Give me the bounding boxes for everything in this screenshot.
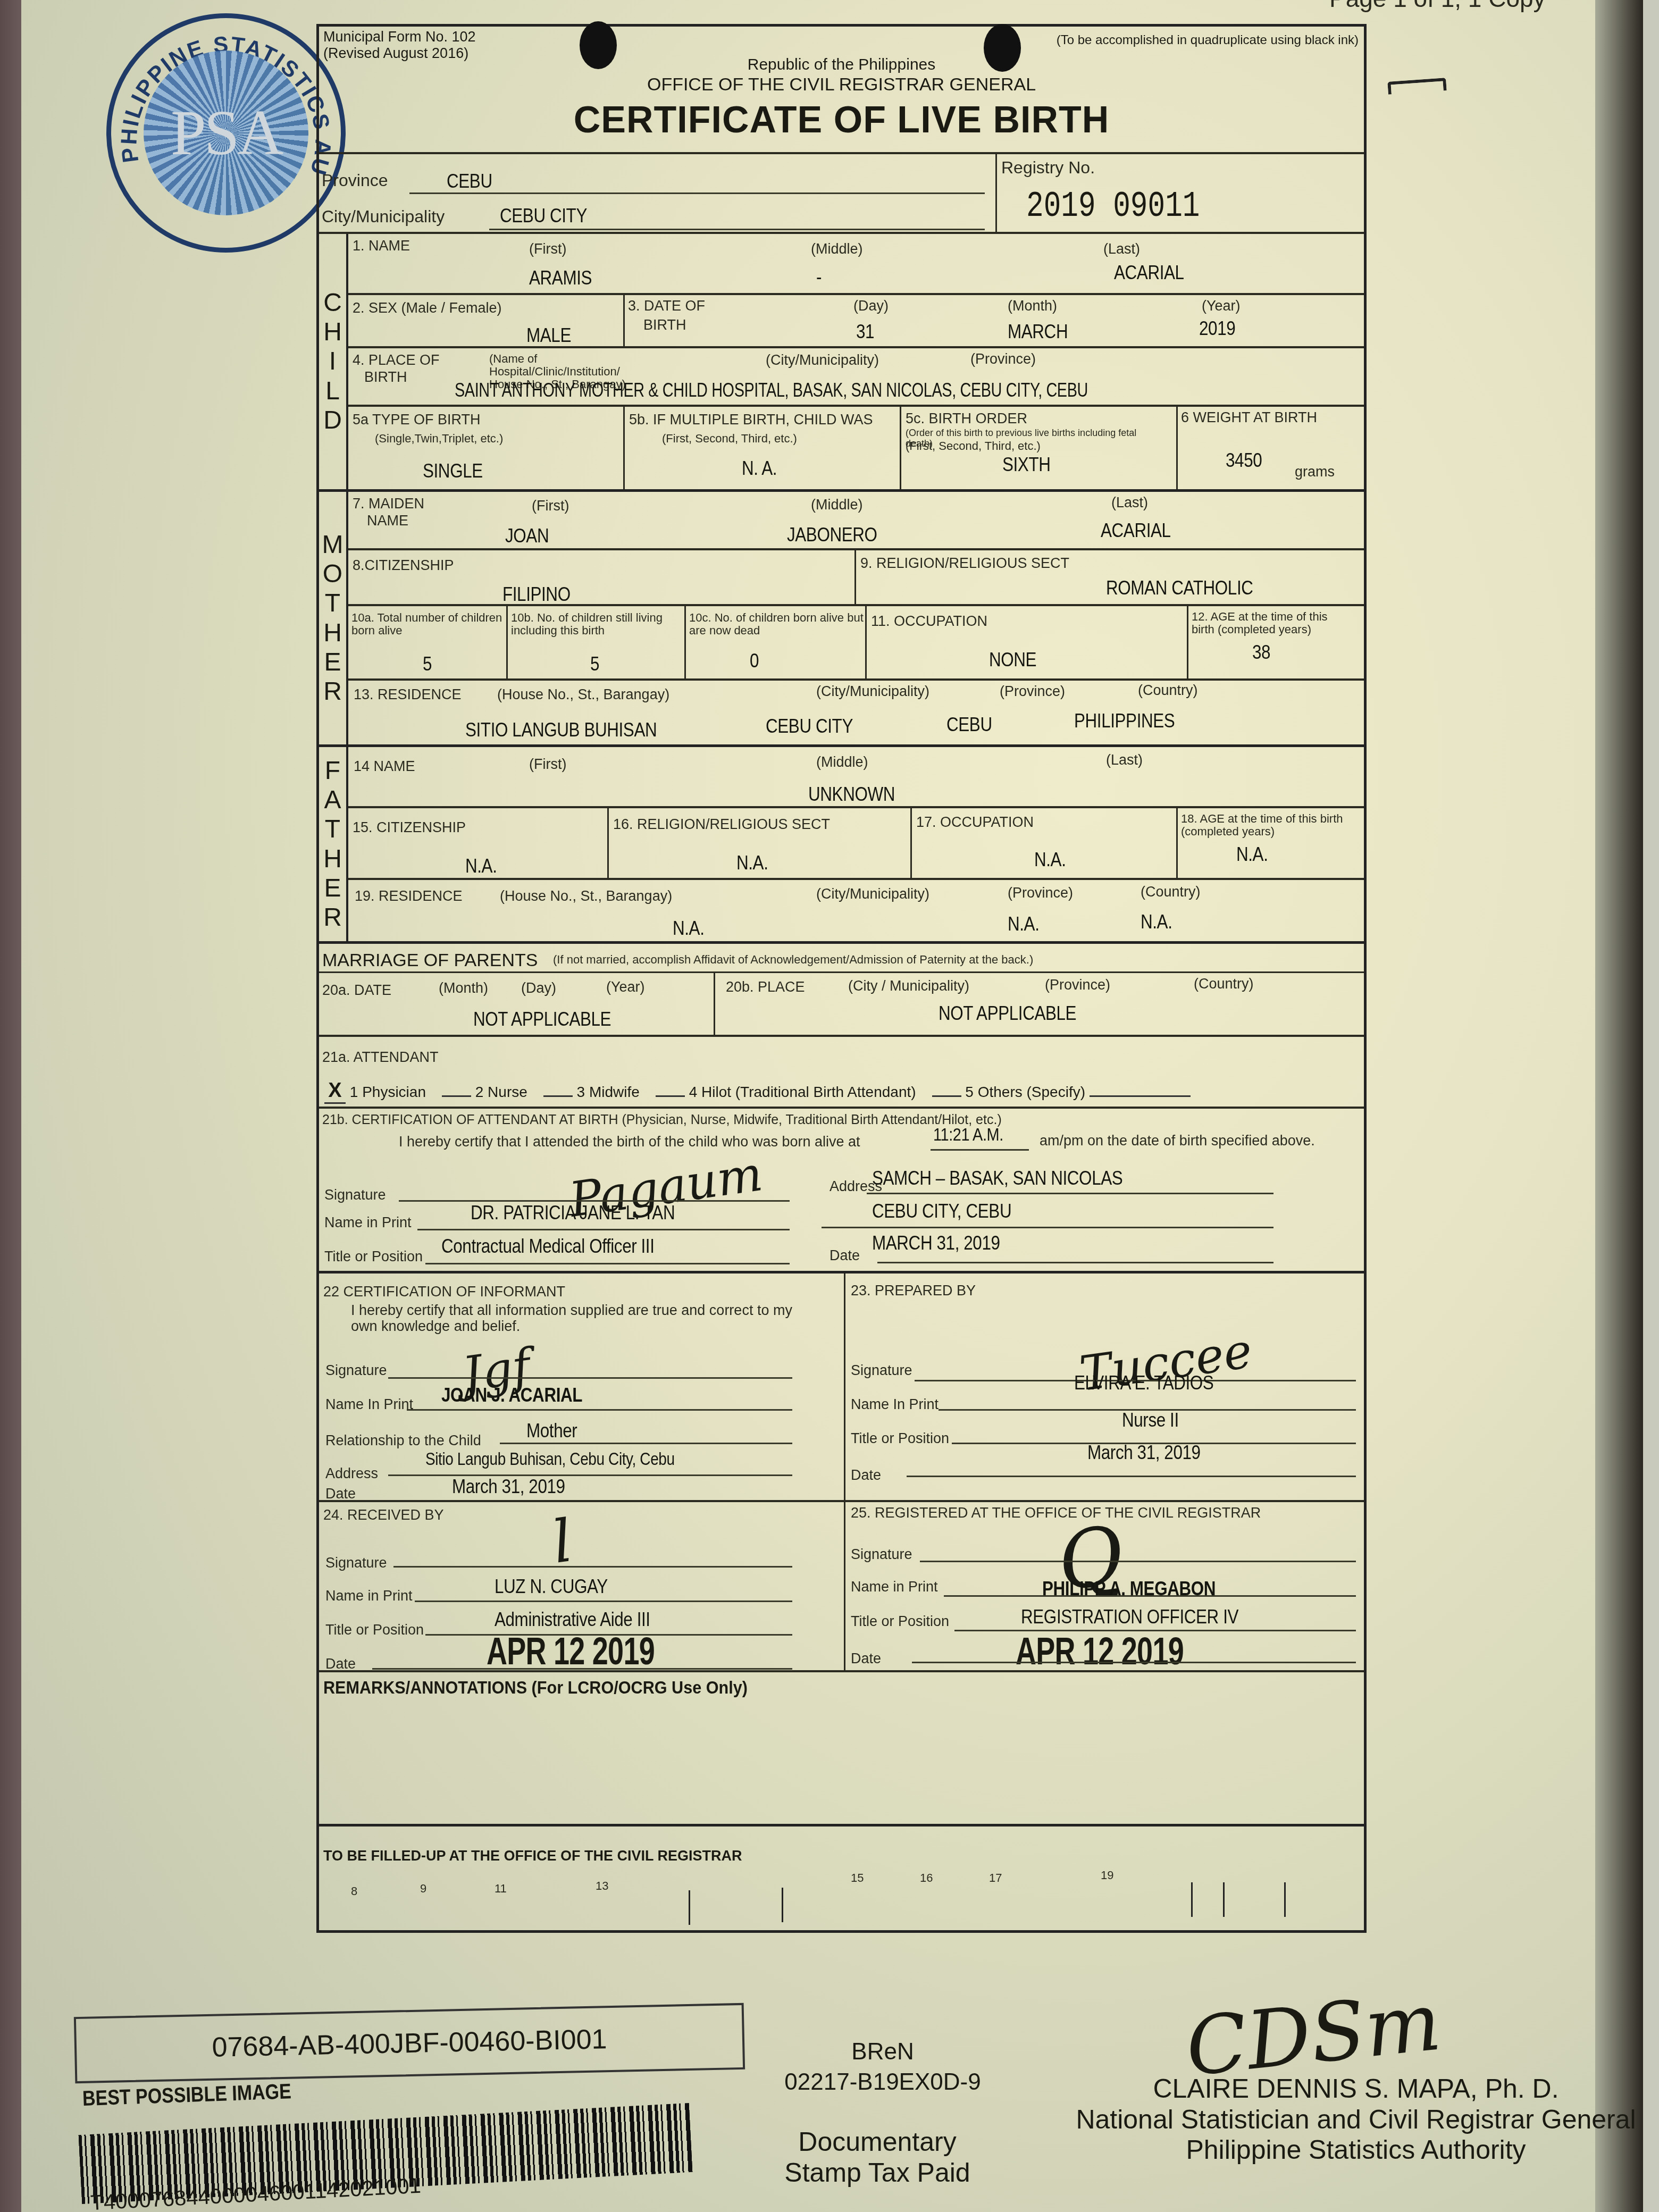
marriage-place: NOT APPLICABLE — [939, 1002, 1076, 1025]
marriage-row: 20a. DATE (Month) (Day) (Year) NOT APPLI… — [319, 973, 1364, 1037]
birth-certificate-form: Municipal Form No. 102 (Revised August 2… — [316, 24, 1367, 1933]
signatory-block: CLAIRE DENNIS S. MAPA, Ph. D. National S… — [1074, 2074, 1638, 2166]
mother-religion: ROMAN CATHOLIC — [1106, 577, 1253, 599]
mother-last-name: ACARIAL — [1101, 520, 1171, 542]
birth-month: MARCH — [1008, 321, 1068, 343]
attendant-row: 21a. ATTENDANT X 1 Physician 2 Nurse 3 M… — [319, 1037, 1364, 1109]
registered-date-stamp: APR 12 2019 — [1016, 1630, 1184, 1673]
child-pob-row: 4. PLACE OF BIRTH (Name of Hospital/Clin… — [348, 348, 1364, 407]
father-occupation: N.A. — [1034, 849, 1066, 871]
received-date-stamp: APR 12 2019 — [487, 1630, 655, 1673]
page-note: Page 1 of 1, 1 Copy — [1329, 0, 1546, 13]
registrar-use-label: TO BE FILLED-UP AT THE OFFICE OF THE CIV… — [323, 1848, 742, 1864]
document-footer: 07684-AB-400JBF-00460-BI001 BEST POSSIBL… — [21, 1967, 1643, 2212]
children-born-alive: 5 — [423, 653, 432, 675]
birth-weight: 3450 — [1226, 449, 1262, 472]
child-sex: MALE — [526, 324, 571, 347]
province-value: CEBU — [447, 170, 492, 192]
attendant-date: MARCH 31, 2019 — [872, 1232, 1000, 1254]
mother-residence-address: SITIO LANGUB BUHISAN — [465, 719, 657, 741]
birth-time: 11:21 A.M. — [933, 1125, 1003, 1145]
document-paper: Page 1 of 1, 1 Copy PHILIPPINE STATISTIC… — [21, 0, 1643, 2212]
attendant-certification: 21b. CERTIFICATION OF ATTENDANT AT BIRTH… — [319, 1109, 1364, 1273]
attendant-address-line1: SAMCH – BASAK, SAN NICOLAS — [872, 1167, 1122, 1189]
father-residence-country: N.A. — [1141, 911, 1172, 933]
father-details-row: 15. CITIZENSHIP N.A. 16. RELIGION/RELIGI… — [348, 808, 1364, 880]
mother-section: MOTHER 7. MAIDEN NAME (First) (Middle) (… — [319, 492, 1364, 747]
marriage-header-row: MARRIAGE OF PARENTS (If not married, acc… — [319, 944, 1364, 973]
children-dead: 0 — [750, 650, 759, 672]
bren-block: BReN 02217-B19EX0D-9 — [776, 2037, 989, 2097]
father-age: N.A. — [1236, 843, 1268, 866]
mother-citizenship-row: 8.CITIZENSHIP FILIPINO 9. RELIGION/RELIG… — [348, 550, 1364, 606]
birth-type: SINGLE — [423, 460, 483, 482]
attendant-title: Contractual Medical Officer III — [441, 1235, 655, 1258]
father-name: UNKNOWN — [808, 783, 895, 806]
child-birth-details-row: 5a TYPE OF BIRTH (Single,Twin,Triplet, e… — [348, 407, 1364, 489]
attendant-option-midwife[interactable]: 3 Midwife — [543, 1084, 640, 1101]
preparer-title: Nurse II — [1122, 1409, 1179, 1431]
father-religion: N.A. — [736, 852, 768, 874]
psa-seal: PHILIPPINE STATISTICS AUTHORITY PSA — [106, 13, 346, 253]
city-value: CEBU CITY — [500, 205, 587, 227]
attendant-option-physician[interactable]: X 1 Physician — [324, 1079, 426, 1104]
signatory-name: CLAIRE DENNIS S. MAPA, Ph. D. — [1074, 2074, 1638, 2105]
multiple-birth-order: N. A. — [742, 457, 777, 480]
registrar-title: REGISTRATION OFFICER IV — [1021, 1606, 1238, 1628]
attendant-option-nurse[interactable]: 2 Nurse — [442, 1084, 527, 1101]
registry-number: 2019 09011 — [1026, 186, 1200, 227]
control-number: 07684-AB-400JBF-00460-BI001 — [74, 2003, 745, 2083]
location-row: Province CEBU City/Municipality CEBU CIT… — [319, 154, 1364, 234]
marriage-date: NOT APPLICABLE — [473, 1008, 611, 1030]
birth-day: 31 — [856, 321, 874, 343]
father-citizenship: N.A. — [465, 855, 497, 877]
attendant-option-others[interactable]: 5 Others (Specify) — [932, 1084, 1191, 1101]
republic-line: Republic of the Philippines — [319, 56, 1364, 74]
informant-preparer-row: 22 CERTIFICATION OF INFORMANT I hereby c… — [319, 1273, 1364, 1502]
mother-citizenship: FILIPINO — [502, 583, 571, 606]
form-instruction-note: (To be accomplished in quadruplicate usi… — [1057, 33, 1359, 48]
mother-middle-name: JABONERO — [787, 524, 877, 546]
father-name-row: 14 NAME (First) (Middle) (Last) UNKNOWN — [348, 747, 1364, 808]
bren-number: 02217-B19EX0D-9 — [776, 2067, 989, 2097]
staple-icon — [1387, 78, 1446, 95]
father-section: FATHER 14 NAME (First) (Middle) (Last) U… — [319, 747, 1364, 944]
marriage-title: MARRIAGE OF PARENTS — [322, 950, 538, 971]
best-possible-image-label: BEST POSSIBLE IMAGE — [82, 2080, 291, 2111]
father-residence-row: 19. RESIDENCE (House No., St., Barangay)… — [348, 880, 1364, 941]
children-living: 5 — [590, 653, 599, 675]
child-last-name: ACARIAL — [1114, 262, 1184, 284]
signatory-org: Philippine Statistics Authority — [1074, 2135, 1638, 2166]
preparer-date: March 31, 2019 — [1087, 1442, 1201, 1464]
receiver-title: Administrative Aide III — [495, 1608, 650, 1631]
child-name-row: 1. NAME (First) (Middle) (Last) ARAMIS -… — [348, 234, 1364, 295]
child-middle-name: - — [816, 266, 822, 288]
mother-residence-row: 13. RESIDENCE (House No., St., Barangay)… — [348, 681, 1364, 744]
attendant-address-line2: CEBU CITY, CEBU — [872, 1200, 1011, 1222]
informant-relationship: Mother — [526, 1420, 577, 1442]
remarks-label: REMARKS/ANNOTATIONS (For LCRO/OCRG Use O… — [323, 1678, 748, 1698]
office-line: OFFICE OF THE CIVIL REGISTRAR GENERAL — [319, 74, 1364, 95]
mother-residence-country: PHILIPPINES — [1074, 710, 1175, 732]
place-of-birth: SAINT ANTHONY MOTHER & CHILD HOSPITAL, B… — [455, 379, 1088, 401]
seal-monogram: PSA — [144, 51, 308, 215]
mother-residence-province: CEBU — [946, 714, 992, 736]
mother-residence-city: CEBU CITY — [766, 715, 853, 738]
remarks-section: REMARKS/ANNOTATIONS (For LCRO/OCRG Use O… — [319, 1672, 1364, 1826]
birth-year: 2019 — [1199, 317, 1235, 340]
documentary-stamp-note: Documentary Stamp Tax Paid — [766, 2127, 989, 2188]
registrar-use-section: TO BE FILLED-UP AT THE OFFICE OF THE CIV… — [319, 1826, 1364, 1930]
father-residence-province: N.A. — [1008, 913, 1039, 935]
father-residence-address: N.A. — [673, 917, 704, 940]
child-first-name: ARAMIS — [529, 267, 592, 289]
preparer-name: ELVIRA E. TADIOS — [1074, 1372, 1213, 1394]
child-sex-dob-row: 2. SEX (Male / Female) MALE 3. DATE OF B… — [348, 295, 1364, 348]
child-section: CHILD 1. NAME (First) (Middle) (Last) AR… — [319, 234, 1364, 492]
father-tab-label: FATHER — [319, 747, 348, 941]
received-registered-row: 24. RECEIVED BY l Signature Name in Prin… — [319, 1502, 1364, 1672]
signatory-title: National Statistician and Civil Registra… — [1074, 2105, 1638, 2135]
informant-name: JOAN J. ACARIAL — [441, 1384, 582, 1406]
mother-age: 38 — [1252, 641, 1270, 664]
page-title: CERTIFICATE OF LIVE BIRTH — [319, 98, 1364, 141]
receiver-name: LUZ N. CUGAY — [495, 1576, 608, 1598]
mother-name-row: 7. MAIDEN NAME (First) (Middle) (Last) J… — [348, 492, 1364, 550]
birth-order: SIXTH — [1002, 454, 1050, 476]
mother-occupation: NONE — [989, 649, 1036, 671]
attendant-options: X 1 Physician 2 Nurse 3 Midwife 4 Hilot … — [324, 1079, 1191, 1104]
mother-first-name: JOAN — [505, 525, 549, 547]
informant-address: Sitio Langub Buhisan, Cebu City, Cebu — [425, 1449, 675, 1469]
attendant-option-hilot[interactable]: 4 Hilot (Traditional Birth Attendant) — [656, 1084, 916, 1101]
mother-children-row: 10a. Total number of children born alive… — [348, 606, 1364, 681]
background-edge — [1595, 0, 1643, 2212]
form-header: Municipal Form No. 102 (Revised August 2… — [319, 27, 1364, 154]
attendant-name: DR. PATRICIA JANE L. TAN — [471, 1202, 675, 1224]
informant-date: March 31, 2019 — [452, 1476, 565, 1498]
mother-tab-label: MOTHER — [319, 492, 348, 744]
child-tab-label: CHILD — [319, 234, 348, 489]
